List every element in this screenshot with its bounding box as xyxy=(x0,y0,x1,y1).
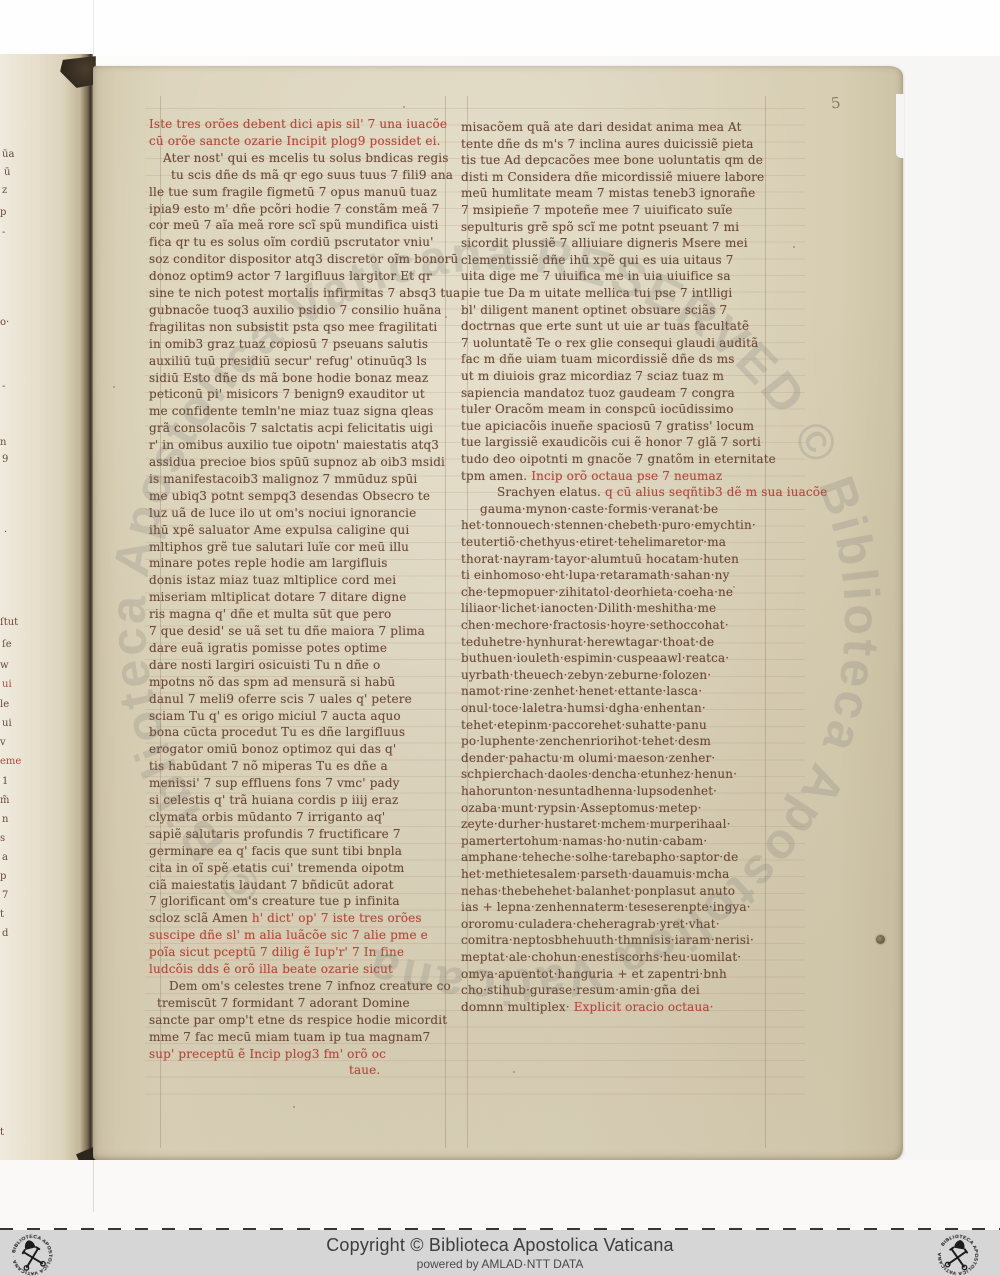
manuscript-line: mme 7 fac mecū miam tuam ip tua magnam7 xyxy=(149,1031,430,1044)
ink-text: omya·apuentot·hanguria + et zapentri·bnh xyxy=(461,967,727,981)
ink-text: ciã maiestatis laudant 7 bñdicūt adorat xyxy=(149,878,394,892)
manuscript-line: comitra·neptosbhehuuth·thmnisis·iaram·ne… xyxy=(461,934,754,947)
ink-text: po·luphente·zenchenriorihot·tehet·desm xyxy=(461,734,711,748)
ink-text: pamertertohum·namas·ho·nutin·cabam· xyxy=(461,834,707,848)
ink-text: tente dñe ds m's 7 inclina aures duiciss… xyxy=(461,137,754,151)
facing-page-text-fragment: m̃ xyxy=(0,796,9,806)
manuscript-line: tudo deo oipotnti m gnacõe 7 gnatõm in e… xyxy=(461,453,776,466)
ink-text: tehet·etepinm·paccorehet·suhatte·panu xyxy=(461,718,707,732)
ink-text: gauma·mynon·caste·formis·veranat·be xyxy=(480,502,718,516)
ink-text: schpierchach·daoles·dencha·etunhez·henun… xyxy=(461,767,737,781)
ink-text: sciam Tu q' es origo miciul 7 aucta aquo xyxy=(149,709,401,723)
manuscript-line: sciam Tu q' es origo miciul 7 aucta aquo xyxy=(149,710,401,723)
manuscript-line: sicordit plussiẽ 7 alliuiare digneris Ms… xyxy=(461,237,748,250)
rubric-text: Incip orõ octaua pse 7 neumaz xyxy=(531,469,722,483)
ink-text: miseriam mltiplicat dotare 7 ditare dign… xyxy=(149,590,406,604)
manuscript-line: sapiẽ salutaris profundis 7 fructificare… xyxy=(149,828,401,841)
manuscript-line: het·tonnouech·stennen·chebeth·puro·emych… xyxy=(461,519,756,532)
scan-backdrop: ūaūzp-o·-n9·ſtutſewuileuiveme1m̃nsap7tdt… xyxy=(0,0,1000,1228)
ink-text: sancte par omp't etne ds respice hodie m… xyxy=(149,1013,447,1027)
ink-text: tis tue Ad depcacões mee bone uoluntatis… xyxy=(461,153,763,167)
ink-text: ihū xpẽ saluator Ame expulsa caligine qu… xyxy=(149,523,409,537)
manuscript-line: Dem om's celestes trene 7 infnoz creatur… xyxy=(169,980,451,993)
manuscript-line: tis habūdant 7 nõ miperas Tu es dñe a xyxy=(149,760,388,773)
ink-text: me confidente temln'ne miaz tuaz signa q… xyxy=(149,404,434,418)
facing-page-text-fragment: 7 xyxy=(2,891,8,901)
manuscript-line: germinare ea q' facis que sunt tibi bnpl… xyxy=(149,845,402,858)
manuscript-line: tremiscūt 7 formidant 7 adorant Domine xyxy=(157,997,410,1010)
ink-text: soz conditor dispositor atq3 discretor o… xyxy=(149,252,458,266)
ink-text: ias + lepna·zenhennaterm·teseserenpte·in… xyxy=(461,900,751,914)
manuscript-line: r' in omibus auxilio tue oipotn' maiesta… xyxy=(149,439,439,452)
manuscript-line: 7 glorificant om's creature tue p infini… xyxy=(149,895,400,908)
manuscript-line: buthuen·iouleth·espimin·cuspeaawl·reatca… xyxy=(461,652,729,665)
manuscript-line: sine te nich potest mortalis infirmitas … xyxy=(149,287,460,300)
ink-text: dare nosti largiri osicuisti Tu n dñe o xyxy=(149,658,380,672)
ink-text: cho·stihub·gurase·resum·amin·gña dei xyxy=(461,983,700,997)
ink-text: teutertiõ·chethyus·etiret·tehelimaretor·… xyxy=(461,535,726,549)
manuscript-line: 7 msipieñe 7 mpoteñe mee 7 uiuificato su… xyxy=(461,204,733,217)
manuscript-line: taue. xyxy=(349,1064,380,1077)
manuscript-line: ororomu·culadera·cheheragrab·yret·vhat· xyxy=(461,918,720,931)
ink-text: uita dige me 7 uiuifica me in uia uiuifi… xyxy=(461,269,731,283)
ink-text: auxiliū tuū presidiū secur' refug' otinu… xyxy=(149,354,427,368)
rubric-text: Explicit oracio octaua· xyxy=(574,1000,714,1014)
manuscript-line: meū humlitate meam 7 mistas teneb3 ignor… xyxy=(461,187,755,200)
facing-page-text-fragment: v xyxy=(0,738,6,748)
ink-text: clementissiẽ dñe ihū xpẽ qui es uia uita… xyxy=(461,253,734,267)
facing-page-text-fragment: ſe xyxy=(2,640,12,650)
manuscript-line: teduhetre·hynhurat·herewtagar·thoat·de xyxy=(461,636,714,649)
manuscript-line: suscipe dñe sl' m alia luãcõe sic 7 alie… xyxy=(149,929,428,942)
wormhole-mark xyxy=(876,935,885,944)
footer-bar: Copyright © Biblioteca Apostolica Vatica… xyxy=(0,1230,1000,1276)
manuscript-line: chen·mechore·fractosis·hoyre·sethoccohat… xyxy=(461,619,729,632)
manuscript-line: ti einhomoso·eht·lupa·retaramath·sahan·n… xyxy=(461,569,730,582)
ink-text: sapiẽ salutaris profundis 7 fructificare… xyxy=(149,827,401,841)
ink-text: ororomu·culadera·cheheragrab·yret·vhat· xyxy=(461,917,720,931)
manuscript-line: sepulturis grẽ spõ scĩ me potnt pseuant … xyxy=(461,221,739,234)
ink-text: in omib3 graz tuaz copiosū 7 pseuans sal… xyxy=(149,337,428,351)
manuscript-line: clementissiẽ dñe ihū xpẽ qui es uia uita… xyxy=(461,254,734,267)
rubric-text: q cū alius seqñtib3 dẽ m sua iuacõe xyxy=(605,485,827,499)
manuscript-line: si celestis q' trã huiana cordis p iiij … xyxy=(149,794,398,807)
manuscript-line: gauma·mynon·caste·formis·veranat·be xyxy=(480,503,718,516)
ink-text: ti einhomoso·eht·lupa·retaramath·sahan·n… xyxy=(461,568,730,582)
ink-text: luz uã de luce ilo ut om's nociui ignora… xyxy=(149,506,416,520)
manuscript-line: 7 uoluntatẽ Te o rex glie consequi glaud… xyxy=(461,337,758,350)
ink-text: danul 7 meli9 oferre scis 7 uales q' pet… xyxy=(149,692,412,706)
parchment-speck xyxy=(403,106,405,108)
ink-text: amphane·teheche·solhe·tarebapho·saptor·d… xyxy=(461,850,738,864)
manuscript-line: Iste tres orões debent dici apis sil' 7 … xyxy=(149,118,447,131)
facing-page-text-fragment: p xyxy=(0,208,6,218)
manuscript-line: bona cūcta procedut Tu es dñe largifluus xyxy=(149,726,405,739)
manuscript-line: ludcõis dds ẽ orõ illa beate ozarie sicu… xyxy=(149,963,393,976)
ink-text: dare euã igratis pomisse potes optime xyxy=(149,641,387,655)
crossed-keys-icon xyxy=(945,1247,970,1270)
ink-text: onul·toce·laletra·humsi·dgha·enhentan· xyxy=(461,701,706,715)
manuscript-line: mltiphos grẽ tue salutari luĩe cor meū i… xyxy=(149,541,409,554)
rubric-text: ludcõis dds ẽ orõ illa beate ozarie sicu… xyxy=(149,962,393,976)
manuscript-line: uyrbath·theuech·zebyn·zeburne·folozen· xyxy=(461,669,711,682)
manuscript-line: sancte par omp't etne ds respice hodie m… xyxy=(149,1014,447,1027)
manuscript-line: cho·stihub·gurase·resum·amin·gña dei xyxy=(461,984,700,997)
ink-text: disti m Considera dñe micordissiẽ miuere… xyxy=(461,170,764,184)
rubric-text: poĩa sicut pceptū 7 dilig ẽ Iup'r' 7 In … xyxy=(149,945,404,959)
manuscript-line: pamertertohum·namas·ho·nutin·cabam· xyxy=(461,835,707,848)
ink-text: tudo deo oipotnti m gnacõe 7 gnatõm in e… xyxy=(461,452,776,466)
manuscript-line: fac m dñe uiam tuam micordissiẽ dñe ds m… xyxy=(461,353,735,366)
manuscript-line: pie tue Da m uitate mellica tui pse 7 in… xyxy=(461,287,732,300)
manuscript-line: in omib3 graz tuaz copiosū 7 pseuans sal… xyxy=(149,338,428,351)
ink-text: tis habūdant 7 nõ miperas Tu es dñe a xyxy=(149,759,388,773)
manuscript-line: clymata orbis mūdanto 7 irriganto aq' xyxy=(149,811,385,824)
manuscript-line: me confidente temln'ne miaz tuaz signa q… xyxy=(149,405,434,418)
ink-text: 7 uoluntatẽ Te o rex glie consequi glaud… xyxy=(461,336,758,350)
manuscript-line: bl' diligent manent optinet obsuare sciã… xyxy=(461,304,727,317)
ink-text: grã consolacõis 7 salctatis acpi felicit… xyxy=(149,421,433,435)
ink-text: dender·pahactu·m olumi·maeson·zenher· xyxy=(461,751,715,765)
ink-text: namot·rine·zenhet·henet·ettante·lasca· xyxy=(461,684,702,698)
manuscript-line: tu scis dñe ds mã qr ego suus tuus 7 fil… xyxy=(171,169,453,182)
manuscript-line: minare potes reple hodie am largifluis xyxy=(149,557,388,570)
facing-page-text-fragment: 1 xyxy=(2,777,8,787)
manuscript-line: domnn multiplex· Explicit oracio octaua· xyxy=(461,1001,714,1014)
crossed-keys-icon xyxy=(20,1246,46,1271)
ink-text: ipia9 esto m' dñe pcõri hodie 7 constãm … xyxy=(149,202,440,216)
manuscript-line: tue apiciacõis inueñe spaciosū 7 gratiss… xyxy=(461,420,754,433)
ink-text: lle tue sum fragile figmetū 7 opus manuū… xyxy=(149,185,437,199)
manuscript-line: po·luphente·zenchenriorihot·tehet·desm xyxy=(461,735,711,748)
facing-page-text-fragment: a xyxy=(2,853,8,863)
manuscript-line: het·methietesalem·parseth·dauamuis·mcha xyxy=(461,868,729,881)
ink-text: tue apiciacõis inueñe spaciosū 7 gratiss… xyxy=(461,419,754,433)
ink-text: erogator omiū bonoz optimoz qui das q' xyxy=(149,742,396,756)
manuscript-line: misacõem quã ate dari desidat anima mea … xyxy=(461,121,742,134)
ink-text: Srachyen elatus. xyxy=(497,485,605,499)
ink-text: nehas·thebehehet·balanhet·ponplasut anut… xyxy=(461,884,735,898)
manuscript-line: sapiencia mandatoz tuoz gaudeam 7 congra xyxy=(461,387,735,400)
manuscript-line: thorat·nayram·tayor·alumtuū hocatam·hute… xyxy=(461,553,739,566)
ink-text: minare potes reple hodie am largifluis xyxy=(149,556,388,570)
ink-text: mpotns nõ das spm ad mensurã si habū xyxy=(149,675,395,689)
manuscript-line: donis istaz miaz tuaz mltiplice cord mei xyxy=(149,574,396,587)
ink-text: zeyte·durher·hustaret·mchem·murperihaal· xyxy=(461,817,731,831)
ink-text: domnn multiplex· xyxy=(461,1000,574,1014)
manuscript-line: Srachyen elatus. q cū alius seqñtib3 dẽ … xyxy=(497,486,827,499)
ink-text: scloz sclã Amen xyxy=(149,911,252,925)
ink-text: cor meū 7 aĩa meã rore scĩ spũ mundifica… xyxy=(149,218,439,232)
manuscript-line: Ater nost' qui es mcelis tu solus bndica… xyxy=(163,152,449,165)
facing-page-text-fragment: ſtut xyxy=(0,618,18,628)
binding-gutter: ūaūzp-o·-n9·ſtutſewuileuiveme1m̃nsap7tdt xyxy=(0,54,93,1160)
parchment-speck xyxy=(733,586,735,588)
facing-page-text-fragment: n xyxy=(0,438,6,448)
ink-text: ris magna q' dñe et multa sūt que pero xyxy=(149,607,391,621)
page-edge-notch xyxy=(896,94,904,158)
ink-text: 7 msipieñe 7 mpoteñe mee 7 uiuificato su… xyxy=(461,203,733,217)
manuscript-line: ipia9 esto m' dñe pcõri hodie 7 constãm … xyxy=(149,203,440,216)
ink-text: donoz optim9 actor 7 largifluus largitor… xyxy=(149,269,432,283)
facing-page-text-fragment: le xyxy=(0,700,9,710)
ink-text: sapiencia mandatoz tuoz gaudeam 7 congra xyxy=(461,386,735,400)
ink-text: tpm amen. xyxy=(461,469,531,483)
manuscript-line: onul·toce·laletra·humsi·dgha·enhentan· xyxy=(461,702,706,715)
ink-text: fragilitas non subsistit psta qso mee fr… xyxy=(149,320,437,334)
papal-tiara-icon xyxy=(23,1239,35,1250)
manuscript-line: nehas·thebehehet·balanhet·ponplasut anut… xyxy=(461,885,735,898)
facing-page-text-fragment: - xyxy=(2,382,5,392)
papal-tiara-icon xyxy=(954,1239,966,1249)
ink-text: sidiū Esto dñe ds mã bone hodie bonaz me… xyxy=(149,371,428,385)
manuscript-line: assidua precioe bios spūū supnoz ab oib3… xyxy=(149,456,445,469)
ink-text: cita in oĩ spẽ etatis cui' tremenda oipo… xyxy=(149,861,404,875)
manuscript-line: namot·rine·zenhet·henet·ettante·lasca· xyxy=(461,685,702,698)
facing-page-text-fragment: ui xyxy=(2,680,12,690)
manuscript-line: grã consolacõis 7 salctatis acpi felicit… xyxy=(149,422,433,435)
manuscript-line: scloz sclã Amen h' dict' op' 7 iste tres… xyxy=(149,912,422,925)
rubric-text: sup' preceptū ẽ Incip plog3 fm' orõ oc xyxy=(149,1047,386,1061)
ink-text: doctrnas que erte sunt ut uie ar tuas fa… xyxy=(461,319,749,333)
backing-sheet-top xyxy=(0,0,1000,56)
ink-text: het·tonnouech·stennen·chebeth·puro·emych… xyxy=(461,518,756,532)
facing-page-text-fragment: 9 xyxy=(2,455,8,465)
ink-text: ut m diuiois graz micordiaz 7 sciaz tuaz… xyxy=(461,369,724,383)
facing-page-text-fragment: n xyxy=(2,815,8,825)
ink-text: donis istaz miaz tuaz mltiplice cord mei xyxy=(149,573,396,587)
manuscript-line: cū orõe sancte ozarie Incipit plog9 poss… xyxy=(149,135,441,148)
manuscript-line: ias + lepna·zenhennaterm·teseserenpte·in… xyxy=(461,901,751,914)
parchment-speck xyxy=(293,1106,295,1108)
manuscript-line: che·tepmopuer·zihitatol·deorhieta·coeha·… xyxy=(461,586,733,599)
ink-text: hahorunton·nesuntadhenna·lupsodenhet· xyxy=(461,784,717,798)
facing-page-text-fragment: t xyxy=(0,1128,4,1138)
manuscript-line: liliaor·lichet·ianocten·Dilith·meshitha·… xyxy=(461,602,716,615)
ink-text: fica qr tu es solus oĩm cordiū pscrutato… xyxy=(149,235,434,249)
vertical-rule xyxy=(765,96,766,1148)
facing-page-text-fragment: ūa xyxy=(2,150,14,160)
ink-text: het·methietesalem·parseth·dauamuis·mcha xyxy=(461,867,729,881)
manuscript-line: soz conditor dispositor atq3 discretor o… xyxy=(149,253,458,266)
ink-text: chen·mechore·fractosis·hoyre·sethoccohat… xyxy=(461,618,729,632)
facing-page-text-fragment: o· xyxy=(0,318,9,328)
manuscript-line: sup' preceptū ẽ Incip plog3 fm' orõ oc xyxy=(149,1048,386,1061)
ink-text: buthuen·iouleth·espimin·cuspeaawl·reatca… xyxy=(461,651,729,665)
manuscript-line: auxiliū tuū presidiū secur' refug' otinu… xyxy=(149,355,427,368)
manuscript-line: is manifestacoib3 malignoz 7 mmūduz spūi xyxy=(149,473,417,486)
folio-number: 5 xyxy=(830,94,841,113)
manuscript-line: dare euã igratis pomisse potes optime xyxy=(149,642,387,655)
ink-text: fac m dñe uiam tuam micordissiẽ dñe ds m… xyxy=(461,352,735,366)
manuscript-line: hahorunton·nesuntadhenna·lupsodenhet· xyxy=(461,785,717,798)
manuscript-line: menissi' 7 sup effluens fons 7 vmc' pady xyxy=(149,777,400,790)
ink-text: Dem om's celestes trene 7 infnoz creatur… xyxy=(169,979,451,993)
rubric-text: suscipe dñe sl' m alia luãcõe sic 7 alie… xyxy=(149,928,428,942)
manuscript-line: schpierchach·daoles·dencha·etunhez·henun… xyxy=(461,768,737,781)
ink-text: menissi' 7 sup effluens fons 7 vmc' pady xyxy=(149,776,400,790)
manuscript-line: poĩa sicut pceptū 7 dilig ẽ Iup'r' 7 In … xyxy=(149,946,404,959)
facing-page-text-fragment: z xyxy=(2,186,7,196)
manuscript-line: erogator omiū bonoz optimoz qui das q' xyxy=(149,743,396,756)
manuscript-line: omya·apuentot·hanguria + et zapentri·bnh xyxy=(461,968,727,981)
parchment-speck xyxy=(445,316,447,318)
manuscript-line: tpm amen. Incip orõ octaua pse 7 neumaz xyxy=(461,470,722,483)
ink-text: tuler Oracõm meam in conspcū iocūdissimo xyxy=(461,402,734,416)
manuscript-line: peticonū pi' misicors 7 benign9 exaudito… xyxy=(149,388,425,401)
vatican-library-seal-right: BIBLIOTECA APOSTOLICA VATICANA · BIBLIOT… xyxy=(932,1230,985,1276)
ink-text: mltiphos grẽ tue salutari luĩe cor meū i… xyxy=(149,540,409,554)
ink-text: che·tepmopuer·zihitatol·deorhieta·coeha·… xyxy=(461,585,733,599)
facing-page-text-fragment: s xyxy=(0,834,5,844)
manuscript-line: mpotns nõ das spm ad mensurã si habū xyxy=(149,676,395,689)
manuscript-line: zeyte·durher·hustaret·mchem·murperihaal· xyxy=(461,818,731,831)
ink-text: tu scis dñe ds mã qr ego suus tuus 7 fil… xyxy=(171,168,453,182)
manuscript-line: ozaba·munt·rypsin·Asseptomus·metep· xyxy=(461,802,702,815)
manuscript-line: 7 que desid' se uã set tu dñe maiora 7 p… xyxy=(149,625,425,638)
backing-sheet-bottom-seam xyxy=(93,1160,94,1212)
manuscript-line: tuler Oracõm meam in conspcū iocūdissimo xyxy=(461,403,734,416)
manuscript-line: dender·pahactu·m olumi·maeson·zenher· xyxy=(461,752,715,765)
rubric-text: h' dict' op' 7 iste tres orões xyxy=(252,911,422,925)
manuscript-line: ihū xpẽ saluator Ame expulsa caligine qu… xyxy=(149,524,409,537)
manuscript-line: tente dñe ds m's 7 inclina aures duiciss… xyxy=(461,138,754,151)
copyright-text: Copyright © Biblioteca Apostolica Vatica… xyxy=(326,1235,674,1256)
ink-text: ozaba·munt·rypsin·Asseptomus·metep· xyxy=(461,801,702,815)
ink-text: tue largissiẽ exaudicõis cui ẽ honor 7 g… xyxy=(461,435,761,449)
manuscript-line: meptat·ale·chohun·enestiscorhs·heu·uomil… xyxy=(461,951,741,964)
ink-text: bl' diligent manent optinet obsuare sciã… xyxy=(461,303,727,317)
ink-text: meū humlitate meam 7 mistas teneb3 ignor… xyxy=(461,186,755,200)
manuscript-line: miseriam mltiplicat dotare 7 ditare dign… xyxy=(149,591,406,604)
rubric-text: taue. xyxy=(349,1063,380,1077)
backing-sheet-seam xyxy=(93,0,94,56)
powered-by-text: powered by AMLAD·NTT DATA xyxy=(417,1257,584,1271)
ink-text: sine te nich potest mortalis infirmitas … xyxy=(149,286,460,300)
facing-page-text-fragment: d xyxy=(2,929,8,939)
ink-text: 7 glorificant om's creature tue p infini… xyxy=(149,894,400,908)
screenshot-root: ūaūzp-o·-n9·ſtutſewuileuiveme1m̃nsap7tdt… xyxy=(0,0,1000,1276)
ink-text: comitra·neptosbhehuuth·thmnisis·iaram·ne… xyxy=(461,933,754,947)
ink-text: sepulturis grẽ spõ scĩ me potnt pseuant … xyxy=(461,220,739,234)
manuscript-line: sidiū Esto dñe ds mã bone hodie bonaz me… xyxy=(149,372,428,385)
manuscript-line: lle tue sum fragile figmetū 7 opus manuū… xyxy=(149,186,437,199)
ink-text: Ater nost' qui es mcelis tu solus bndica… xyxy=(163,151,449,165)
parchment-speck xyxy=(113,386,115,388)
ink-text: misacõem quã ate dari desidat anima mea … xyxy=(461,120,742,134)
manuscript-line: disti m Considera dñe micordissiẽ miuere… xyxy=(461,171,764,184)
manuscript-line: cita in oĩ spẽ etatis cui' tremenda oipo… xyxy=(149,862,404,875)
facing-page-text-fragment: · xyxy=(4,528,7,538)
manuscript-line: fica qr tu es solus oĩm cordiū pscrutato… xyxy=(149,236,434,249)
ink-text: assidua precioe bios spūū supnoz ab oib3… xyxy=(149,455,445,469)
rubric-text: Iste tres orões debent dici apis sil' 7 … xyxy=(149,117,447,131)
ink-text: gubnacõe tuoq3 auxilio psidio 7 consilio… xyxy=(149,303,441,317)
manuscript-line: uita dige me 7 uiuifica me in uia uiuifi… xyxy=(461,270,731,283)
manuscript-page: 5 Iste tres orões debent dici apis sil' … xyxy=(93,66,903,1160)
facing-page-text-fragment: t xyxy=(0,910,4,920)
ink-text: tremiscūt 7 formidant 7 adorant Domine xyxy=(157,996,410,1010)
ink-text: clymata orbis mūdanto 7 irriganto aq' xyxy=(149,810,385,824)
manuscript-line: luz uã de luce ilo ut om's nociui ignora… xyxy=(149,507,416,520)
facing-page-text-fragment: - xyxy=(2,228,5,238)
manuscript-line: me ubiq3 potnt sempq3 desendas Obsecro t… xyxy=(149,490,430,503)
ink-text: si celestis q' trã huiana cordis p iiij … xyxy=(149,793,398,807)
manuscript-line: ris magna q' dñe et multa sūt que pero xyxy=(149,608,391,621)
parchment-speck xyxy=(793,246,795,248)
rubric-text: cū orõe sancte ozarie Incipit plog9 poss… xyxy=(149,134,441,148)
ink-text: mme 7 fac mecū miam tuam ip tua magnam7 xyxy=(149,1030,430,1044)
ink-text: r' in omibus auxilio tue oipotn' maiesta… xyxy=(149,438,439,452)
manuscript-line: dare nosti largiri osicuisti Tu n dñe o xyxy=(149,659,380,672)
manuscript-line: tis tue Ad depcacões mee bone uoluntatis… xyxy=(461,154,763,167)
facing-page-text-fragment: ū xyxy=(4,168,10,178)
ink-text: bona cūcta procedut Tu es dñe largifluus xyxy=(149,725,405,739)
manuscript-line: cor meū 7 aĩa meã rore scĩ spũ mundifica… xyxy=(149,219,439,232)
backing-sheet-bottom xyxy=(0,1160,1000,1228)
facing-page-text-fragment: ui xyxy=(2,719,12,729)
manuscript-line: ut m diuiois graz micordiaz 7 sciaz tuaz… xyxy=(461,370,724,383)
manuscript-line: danul 7 meli9 oferre scis 7 uales q' pet… xyxy=(149,693,412,706)
manuscript-line: teutertiõ·chethyus·etiret·tehelimaretor·… xyxy=(461,536,726,549)
manuscript-line: fragilitas non subsistit psta qso mee fr… xyxy=(149,321,437,334)
manuscript-line: ciã maiestatis laudant 7 bñdicūt adorat xyxy=(149,879,394,892)
facing-page-text-fragment: eme xyxy=(0,757,21,767)
manuscript-line: amphane·teheche·solhe·tarebapho·saptor·d… xyxy=(461,851,738,864)
ink-text: pie tue Da m uitate mellica tui pse 7 in… xyxy=(461,286,732,300)
manuscript-line: doctrnas que erte sunt ut uie ar tuas fa… xyxy=(461,320,749,333)
ink-text: teduhetre·hynhurat·herewtagar·thoat·de xyxy=(461,635,714,649)
manuscript-line: gubnacõe tuoq3 auxilio psidio 7 consilio… xyxy=(149,304,441,317)
ink-text: thorat·nayram·tayor·alumtuū hocatam·hute… xyxy=(461,552,739,566)
ink-text: uyrbath·theuech·zebyn·zeburne·folozen· xyxy=(461,668,711,682)
facing-page-text-fragment: w xyxy=(0,661,9,671)
ink-text: sicordit plussiẽ 7 alliuiare digneris Ms… xyxy=(461,236,748,250)
ink-text: is manifestacoib3 malignoz 7 mmūduz spūi xyxy=(149,472,417,486)
parchment-speck xyxy=(513,1071,515,1073)
svg-text:BIBLIOTECA APOSTOLICA VATICANA: BIBLIOTECA APOSTOLICA VATICANA · BIBLIOT… xyxy=(933,1230,984,1276)
ink-text: liliaor·lichet·ianocten·Dilith·meshitha·… xyxy=(461,601,716,615)
manuscript-line: tehet·etepinm·paccorehet·suhatte·panu xyxy=(461,719,707,732)
ink-text: peticonū pi' misicors 7 benign9 exaudito… xyxy=(149,387,425,401)
manuscript-line: donoz optim9 actor 7 largifluus largitor… xyxy=(149,270,432,283)
ink-text: meptat·ale·chohun·enestiscorhs·heu·uomil… xyxy=(461,950,741,964)
facing-page-text-fragment: p xyxy=(0,872,6,882)
ink-text: me ubiq3 potnt sempq3 desendas Obsecro t… xyxy=(149,489,430,503)
ink-text: 7 que desid' se uã set tu dñe maiora 7 p… xyxy=(149,624,425,638)
manuscript-line: tue largissiẽ exaudicõis cui ẽ honor 7 g… xyxy=(461,436,761,449)
ink-text: germinare ea q' facis que sunt tibi bnpl… xyxy=(149,844,402,858)
